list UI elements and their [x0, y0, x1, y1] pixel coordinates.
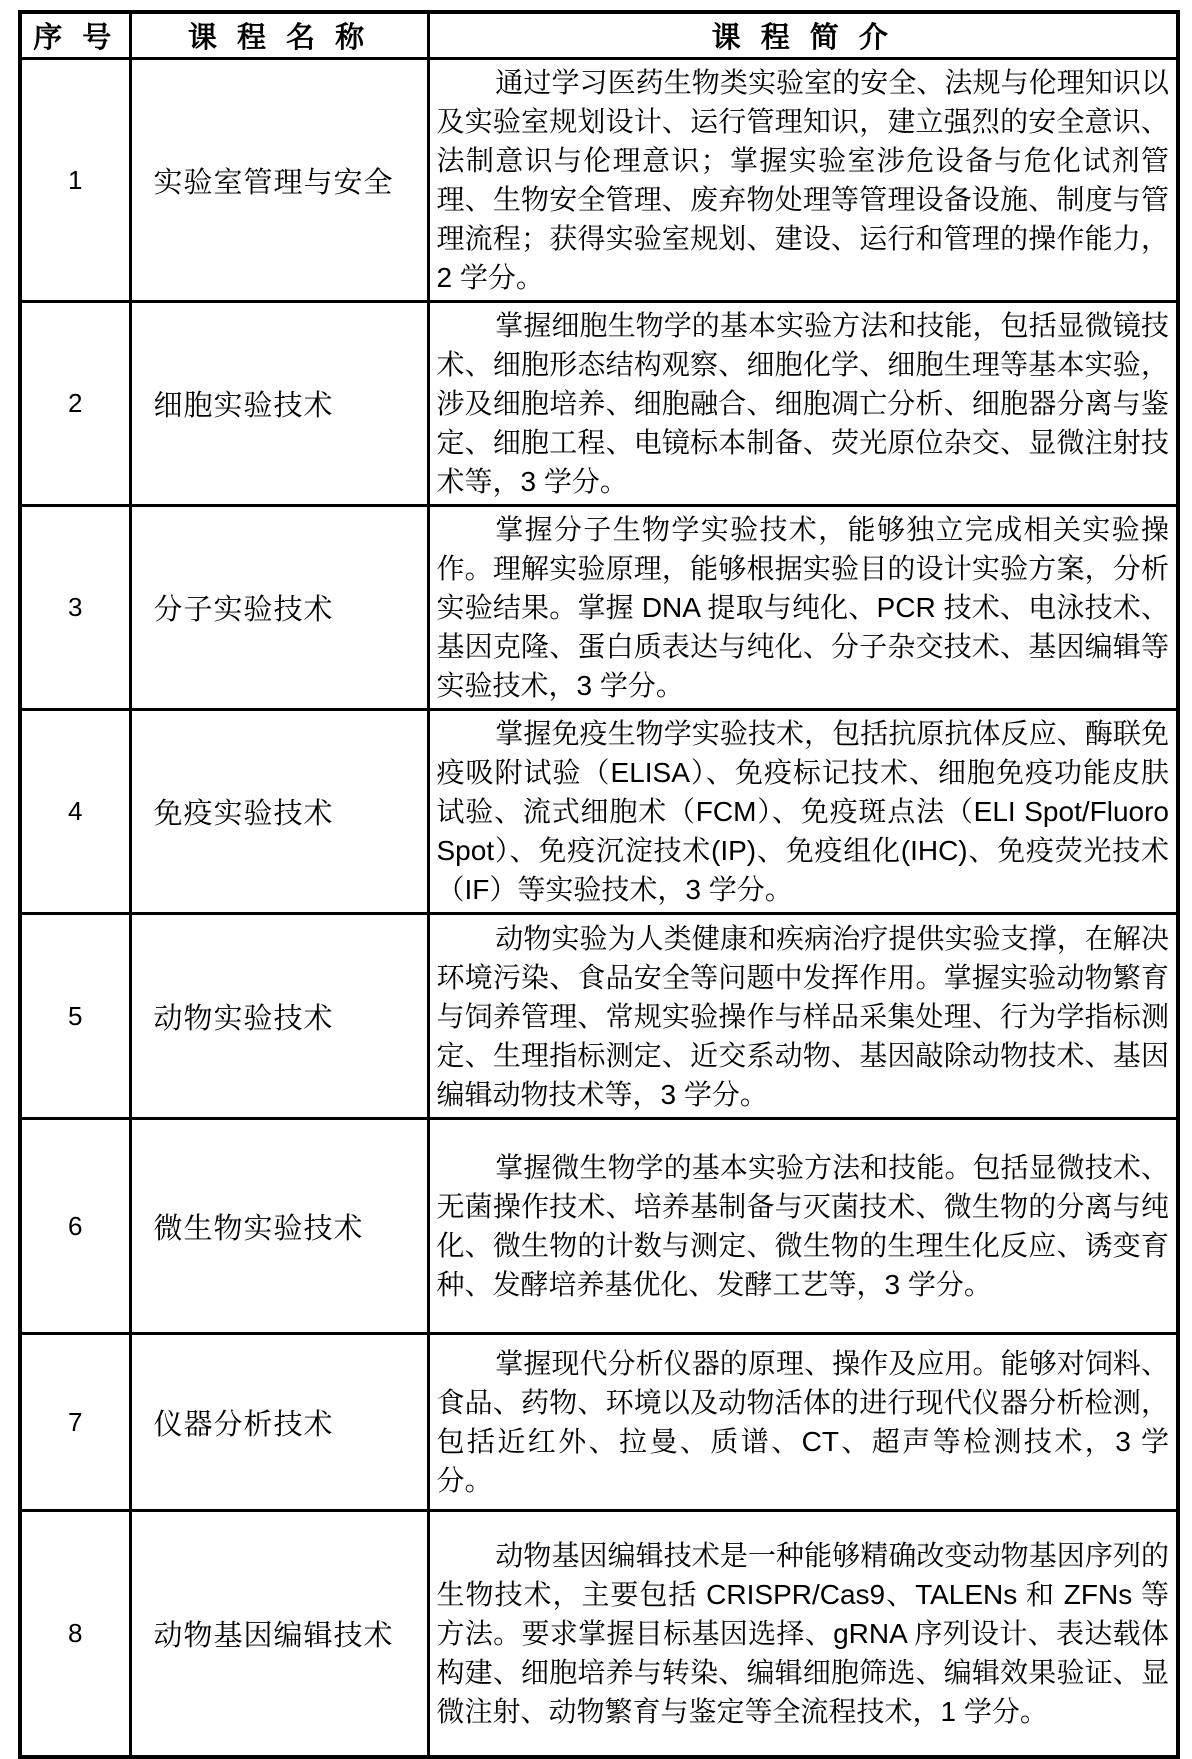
table-row: 3 分子实验技术 掌握分子生物学实验技术，能够独立完成相关实验操作。理解实验原理…	[20, 506, 1178, 710]
header-serial-number: 序 号	[20, 12, 130, 59]
row-number-cell: 5	[20, 914, 130, 1119]
course-name-cell: 分子实验技术	[130, 506, 428, 710]
header-row: 序 号 课 程 名 称 课 程 简 介	[20, 12, 1178, 59]
course-desc-text: 掌握微生物学的基本实验方法和技能。包括显微技术、无菌操作技术、培养基制备与灭菌技…	[437, 1148, 1170, 1304]
course-name-cell: 仪器分析技术	[130, 1334, 428, 1511]
table-row: 1 实验室管理与安全 通过学习医药生物类实验室的安全、法规与伦理知识以及实验室规…	[20, 59, 1178, 302]
table-row: 8 动物基因编辑技术 动物基因编辑技术是一种能够精确改变动物基因序列的生物技术，…	[20, 1511, 1178, 1757]
course-desc-cell: 掌握微生物学的基本实验方法和技能。包括显微技术、无菌操作技术、培养基制备与灭菌技…	[428, 1119, 1178, 1334]
course-desc-text: 动物基因编辑技术是一种能够精确改变动物基因序列的生物技术，主要包括 CRISPR…	[437, 1536, 1170, 1731]
table-row: 5 动物实验技术 动物实验为人类健康和疾病治疗提供实验支撑，在解决环境污染、食品…	[20, 914, 1178, 1119]
row-number-cell: 4	[20, 710, 130, 914]
header-course-intro: 课 程 简 介	[428, 12, 1178, 59]
row-number-cell: 8	[20, 1511, 130, 1757]
row-number-cell: 6	[20, 1119, 130, 1334]
course-desc-text: 动物实验为人类健康和疾病治疗提供实验支撑，在解决环境污染、食品安全等问题中发挥作…	[437, 919, 1170, 1114]
course-name-cell: 动物实验技术	[130, 914, 428, 1119]
table-row: 6 微生物实验技术 掌握微生物学的基本实验方法和技能。包括显微技术、无菌操作技术…	[20, 1119, 1178, 1334]
table-row: 4 免疫实验技术 掌握免疫生物学实验技术，包括抗原抗体反应、酶联免疫吸附试验（E…	[20, 710, 1178, 914]
course-desc-cell: 掌握分子生物学实验技术，能够独立完成相关实验操作。理解实验原理，能够根据实验目的…	[428, 506, 1178, 710]
course-desc-cell: 动物基因编辑技术是一种能够精确改变动物基因序列的生物技术，主要包括 CRISPR…	[428, 1511, 1178, 1757]
course-desc-cell: 掌握免疫生物学实验技术，包括抗原抗体反应、酶联免疫吸附试验（ELISA）、免疫标…	[428, 710, 1178, 914]
course-desc-text: 通过学习医药生物类实验室的安全、法规与伦理知识以及实验室规划设计、运行管理知识，…	[437, 63, 1170, 297]
course-desc-text: 掌握分子生物学实验技术，能够独立完成相关实验操作。理解实验原理，能够根据实验目的…	[437, 510, 1170, 705]
course-desc-cell: 通过学习医药生物类实验室的安全、法规与伦理知识以及实验室规划设计、运行管理知识，…	[428, 59, 1178, 302]
course-name-cell: 免疫实验技术	[130, 710, 428, 914]
course-desc-text: 掌握细胞生物学的基本实验方法和技能，包括显微镜技术、细胞形态结构观察、细胞化学、…	[437, 306, 1170, 501]
course-desc-text: 掌握现代分析仪器的原理、操作及应用。能够对饲料、食品、药物、环境以及动物活体的进…	[437, 1344, 1170, 1500]
course-name-cell: 细胞实验技术	[130, 302, 428, 506]
table-row: 7 仪器分析技术 掌握现代分析仪器的原理、操作及应用。能够对饲料、食品、药物、环…	[20, 1334, 1178, 1511]
course-name-cell: 动物基因编辑技术	[130, 1511, 428, 1757]
course-name-cell: 微生物实验技术	[130, 1119, 428, 1334]
document-page: 序 号 课 程 名 称 课 程 简 介 1 实验室管理与安全 通过学习医药生物类…	[0, 0, 1192, 1736]
course-name-cell: 实验室管理与安全	[130, 59, 428, 302]
row-number-cell: 3	[20, 506, 130, 710]
row-number-cell: 2	[20, 302, 130, 506]
header-course-name: 课 程 名 称	[130, 12, 428, 59]
row-number-cell: 7	[20, 1334, 130, 1511]
row-number-cell: 1	[20, 59, 130, 302]
course-desc-cell: 掌握现代分析仪器的原理、操作及应用。能够对饲料、食品、药物、环境以及动物活体的进…	[428, 1334, 1178, 1511]
course-desc-cell: 掌握细胞生物学的基本实验方法和技能，包括显微镜技术、细胞形态结构观察、细胞化学、…	[428, 302, 1178, 506]
table-row: 2 细胞实验技术 掌握细胞生物学的基本实验方法和技能，包括显微镜技术、细胞形态结…	[20, 302, 1178, 506]
course-table: 序 号 课 程 名 称 课 程 简 介 1 实验室管理与安全 通过学习医药生物类…	[18, 10, 1180, 1759]
course-desc-text: 掌握免疫生物学实验技术，包括抗原抗体反应、酶联免疫吸附试验（ELISA）、免疫标…	[437, 714, 1170, 909]
course-desc-cell: 动物实验为人类健康和疾病治疗提供实验支撑，在解决环境污染、食品安全等问题中发挥作…	[428, 914, 1178, 1119]
